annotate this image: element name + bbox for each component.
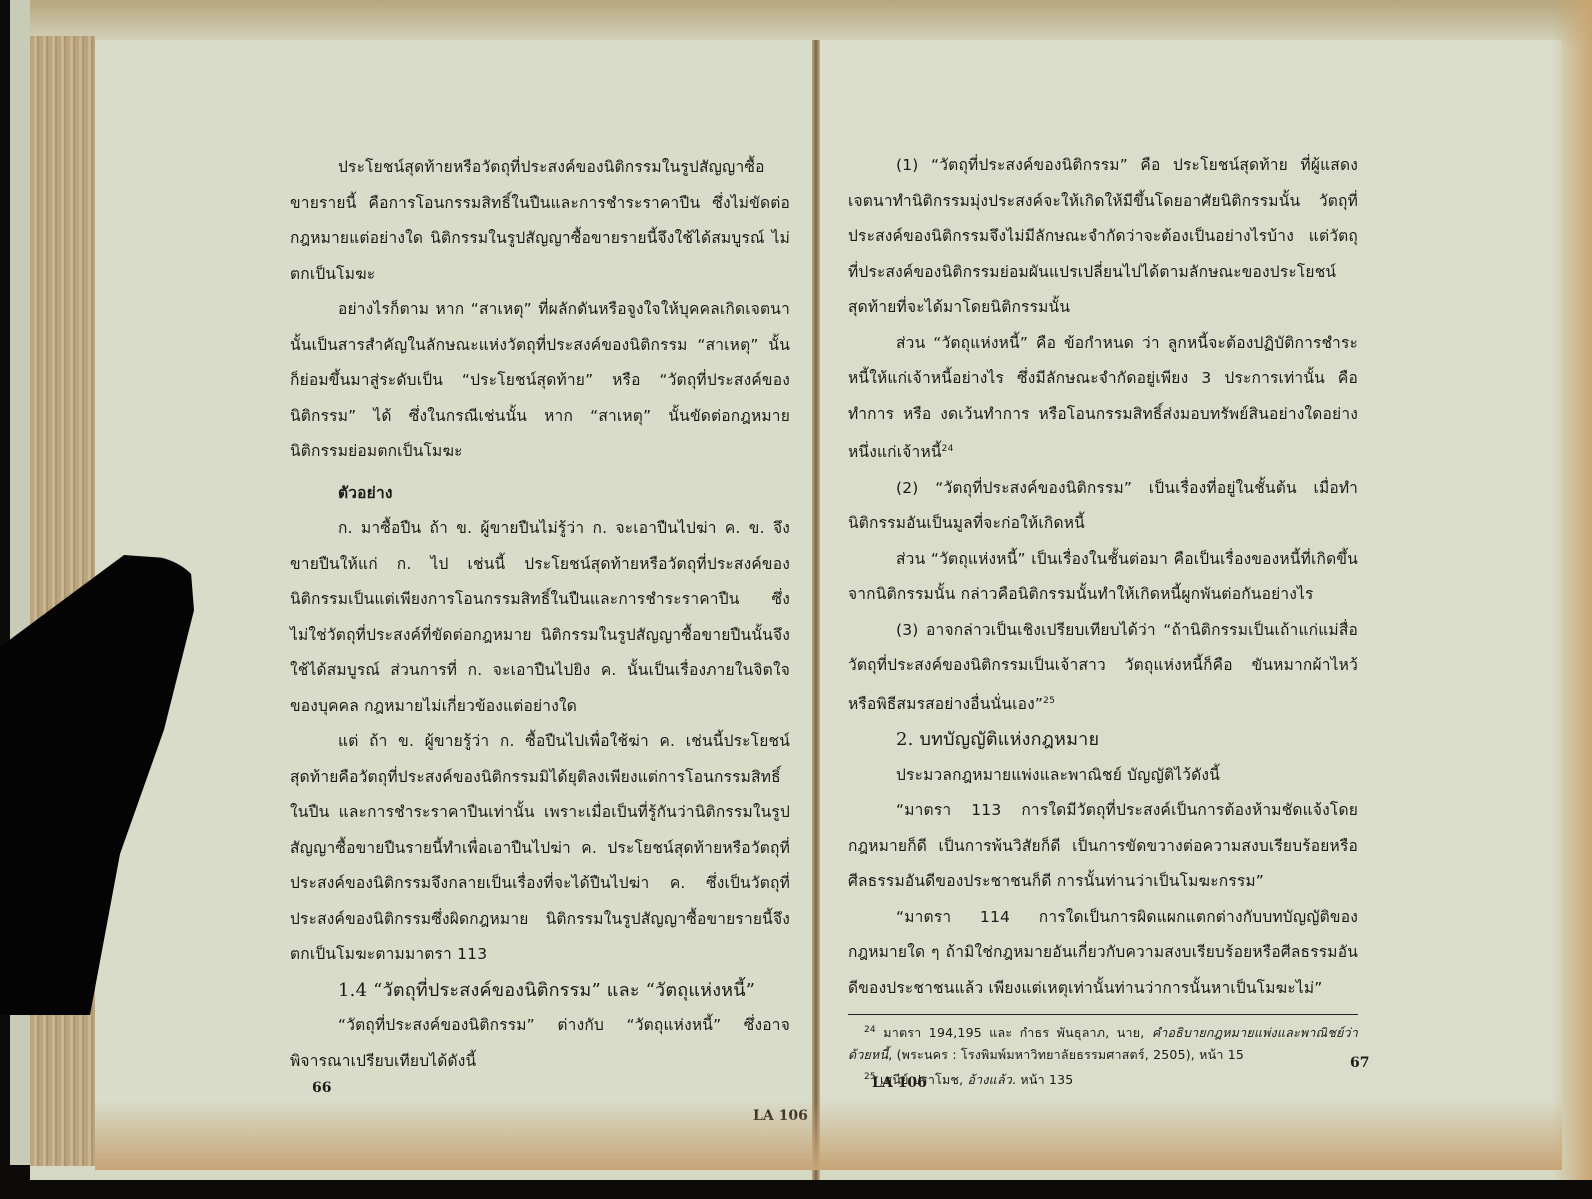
footnote: 24 มาตรา 194,195 และ กำธร พันธุลาภ, นาย,…: [848, 1019, 1358, 1066]
footnote-text: มาตรา 194,195 และ กำธร พันธุลาภ, นาย,: [883, 1025, 1152, 1040]
paragraph: ประโยชน์สุดท้ายหรือวัตถุที่ประสงค์ของนิต…: [290, 150, 790, 292]
left-page-body: ประโยชน์สุดท้ายหรือวัตถุที่ประสงค์ของนิต…: [290, 150, 790, 1079]
example-heading: ตัวอย่าง: [290, 476, 790, 512]
book-gutter: [812, 40, 820, 1180]
right-page-body: (1) “วัตถุที่ประสงค์ของนิติกรรม” คือ ประ…: [848, 148, 1358, 1092]
paragraph: ส่วน “วัตถุแห่งหนี้” คือ ข้อกำหนด ว่า ลู…: [848, 326, 1358, 471]
right-page: (1) “วัตถุที่ประสงค์ของนิติกรรม” คือ ประ…: [820, 40, 1562, 1170]
paragraph: อย่างไรก็ตาม หาก “สาเหตุ” ที่ผลักดันหรือ…: [290, 292, 790, 470]
law-quote: “มาตรา 113 การใดมีวัตถุที่ประสงค์เป็นการ…: [848, 793, 1358, 900]
paragraph: ส่วน “วัตถุแห่งหนี้” เป็นเรื่องในชั้นต่อ…: [848, 542, 1358, 613]
footnote-divider: [848, 1014, 1358, 1015]
footnote-text: . หน้า 135: [1012, 1073, 1073, 1088]
footnote-ref: 24: [942, 444, 954, 454]
right-edge-shadow: [1552, 0, 1592, 1180]
page-number: 67: [1350, 1055, 1369, 1071]
paragraph: (1) “วัตถุที่ประสงค์ของนิติกรรม” คือ ประ…: [848, 148, 1358, 326]
footnote-number: 24: [864, 1025, 876, 1035]
footnote-title: อ้างแล้ว: [967, 1073, 1012, 1088]
bottom-shadow: [95, 1100, 1562, 1170]
law-intro: ประมวลกฎหมายแพ่งและพาณิชย์ บัญญัติไว้ดัง…: [848, 758, 1358, 794]
paragraph: (2) “วัตถุที่ประสงค์ของนิติกรรม” เป็นเรื…: [848, 471, 1358, 542]
left-page: ประโยชน์สุดท้ายหรือวัตถุที่ประสงค์ของนิต…: [95, 40, 812, 1170]
page-number: 66: [312, 1080, 331, 1096]
section-heading: 2. บทบัญญัติแห่งกฎหมาย: [848, 722, 1358, 758]
course-code: LA 106: [872, 1075, 927, 1091]
paragraph: ก. มาซื้อปืน ถ้า ข. ผู้ขายปืนไม่รู้ว่า ก…: [290, 511, 790, 724]
law-quote: “มาตรา 114 การใดเป็นการผิดแผกแตกต่างกับบ…: [848, 900, 1358, 1007]
paragraph: “วัตถุที่ประสงค์ของนิติกรรม” ต่างกับ “วั…: [290, 1008, 790, 1079]
paragraph: (3) อาจกล่าวเป็นเชิงเปรียบเทียบได้ว่า “ถ…: [848, 613, 1358, 723]
footnote-text: , (พระนคร : โรงพิมพ์มหาวิทยาลัยธรรมศาสตร…: [888, 1047, 1244, 1062]
paragraph-text: (3) อาจกล่าวเป็นเชิงเปรียบเทียบได้ว่า “ถ…: [848, 621, 1358, 713]
paragraph-text: ส่วน “วัตถุแห่งหนี้” คือ ข้อกำหนด ว่า ลู…: [848, 334, 1358, 462]
footnote-ref: 25: [1043, 696, 1055, 706]
section-heading: 1.4 “วัตถุที่ประสงค์ของนิติกรรม” และ “วั…: [290, 973, 790, 1009]
paragraph: แต่ ถ้า ข. ผู้ขายรู้ว่า ก. ซื้อปืนไปเพื่…: [290, 724, 790, 973]
